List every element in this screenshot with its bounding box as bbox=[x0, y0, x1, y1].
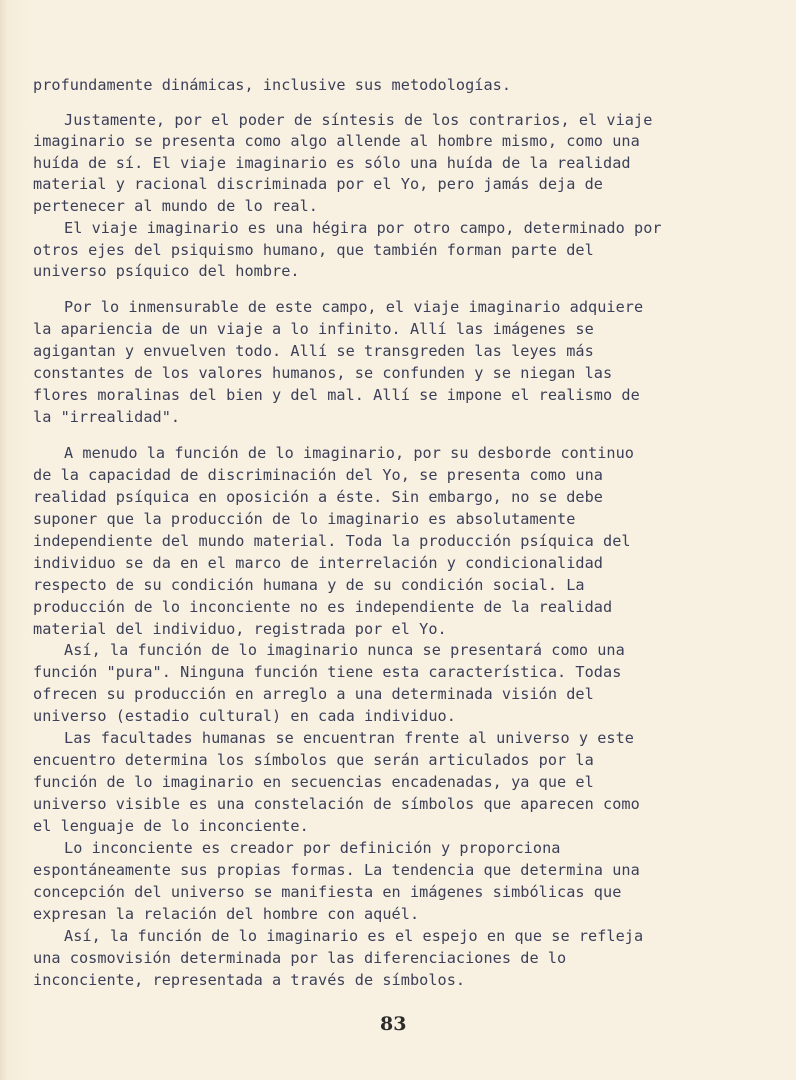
text-line: material del individuo, registrada por e… bbox=[33, 619, 447, 639]
paragraph-first-line: El viaje imaginario es una hégira por ot… bbox=[64, 218, 662, 238]
text-line: flores moralinas del bien y del mal. All… bbox=[33, 385, 640, 405]
paragraph-first-line: Así, la función de lo imaginario nunca s… bbox=[64, 640, 625, 660]
text-line: imaginario se presenta como algo allende… bbox=[33, 131, 640, 151]
text-line: una cosmovisión determinada por las dife… bbox=[33, 948, 566, 968]
text-line: huída de sí. El viaje imaginario es sólo… bbox=[33, 153, 631, 173]
text-line: individuo se da en el marco de interrela… bbox=[33, 553, 603, 573]
paragraph-first-line: Lo inconciente es creador por definición… bbox=[64, 838, 560, 858]
text-line: función de lo imaginario en secuencias e… bbox=[33, 772, 594, 792]
text-line: realidad psíquica en oposición a éste. S… bbox=[33, 487, 603, 507]
text-line: agigantan y envuelven todo. Allí se tran… bbox=[33, 341, 594, 361]
text-line: espontáneamente sus propias formas. La t… bbox=[33, 860, 640, 880]
text-line: suponer que la producción de lo imaginar… bbox=[33, 509, 575, 529]
text-line: pertenecer al mundo de lo real. bbox=[33, 196, 318, 216]
text-line: producción de lo inconciente no es indep… bbox=[33, 597, 612, 617]
text-line: universo (estadio cultural) en cada indi… bbox=[33, 706, 456, 726]
paragraph-first-line: Justamente, por el poder de síntesis de … bbox=[64, 110, 652, 130]
text-line: universo visible es una constelación de … bbox=[33, 794, 640, 814]
text-line: función "pura". Ninguna función tiene es… bbox=[33, 662, 621, 682]
text-line: inconciente, representada a través de sí… bbox=[33, 970, 465, 990]
text-line: encuentro determina los símbolos que ser… bbox=[33, 750, 594, 770]
paragraph-first-line: Así, la función de lo imaginario es el e… bbox=[64, 926, 643, 946]
text-line: profundamente dinámicas, inclusive sus m… bbox=[33, 75, 511, 95]
text-line: constantes de los valores humanos, se co… bbox=[33, 363, 612, 383]
document-page: profundamente dinámicas, inclusive sus m… bbox=[0, 0, 796, 1080]
text-line: otros ejes del psiquismo humano, que tam… bbox=[33, 240, 594, 260]
text-line: la apariencia de un viaje a lo infinito.… bbox=[33, 319, 594, 339]
text-line: universo psíquico del hombre. bbox=[33, 261, 300, 281]
text-line: la "irrealidad". bbox=[33, 407, 180, 427]
paragraph-first-line: A menudo la función de lo imaginario, po… bbox=[64, 443, 634, 463]
text-line: respecto de su condición humana y de su … bbox=[33, 575, 585, 595]
text-line: de la capacidad de discriminación del Yo… bbox=[33, 465, 603, 485]
text-line: expresan la relación del hombre con aqué… bbox=[33, 904, 419, 924]
paragraph-first-line: Las facultades humanas se encuentran fre… bbox=[64, 728, 634, 748]
text-line: ofrecen su producción en arreglo a una d… bbox=[33, 684, 594, 704]
text-line: material y racional discriminada por el … bbox=[33, 174, 603, 194]
paragraph-first-line: Por lo inmensurable de este campo, el vi… bbox=[64, 297, 643, 317]
text-line: el lenguaje de lo inconciente. bbox=[33, 816, 309, 836]
text-line: independiente del mundo material. Toda l… bbox=[33, 531, 631, 551]
text-line: concepción del universo se manifiesta en… bbox=[33, 882, 621, 902]
page-number: 83 bbox=[380, 1013, 406, 1035]
